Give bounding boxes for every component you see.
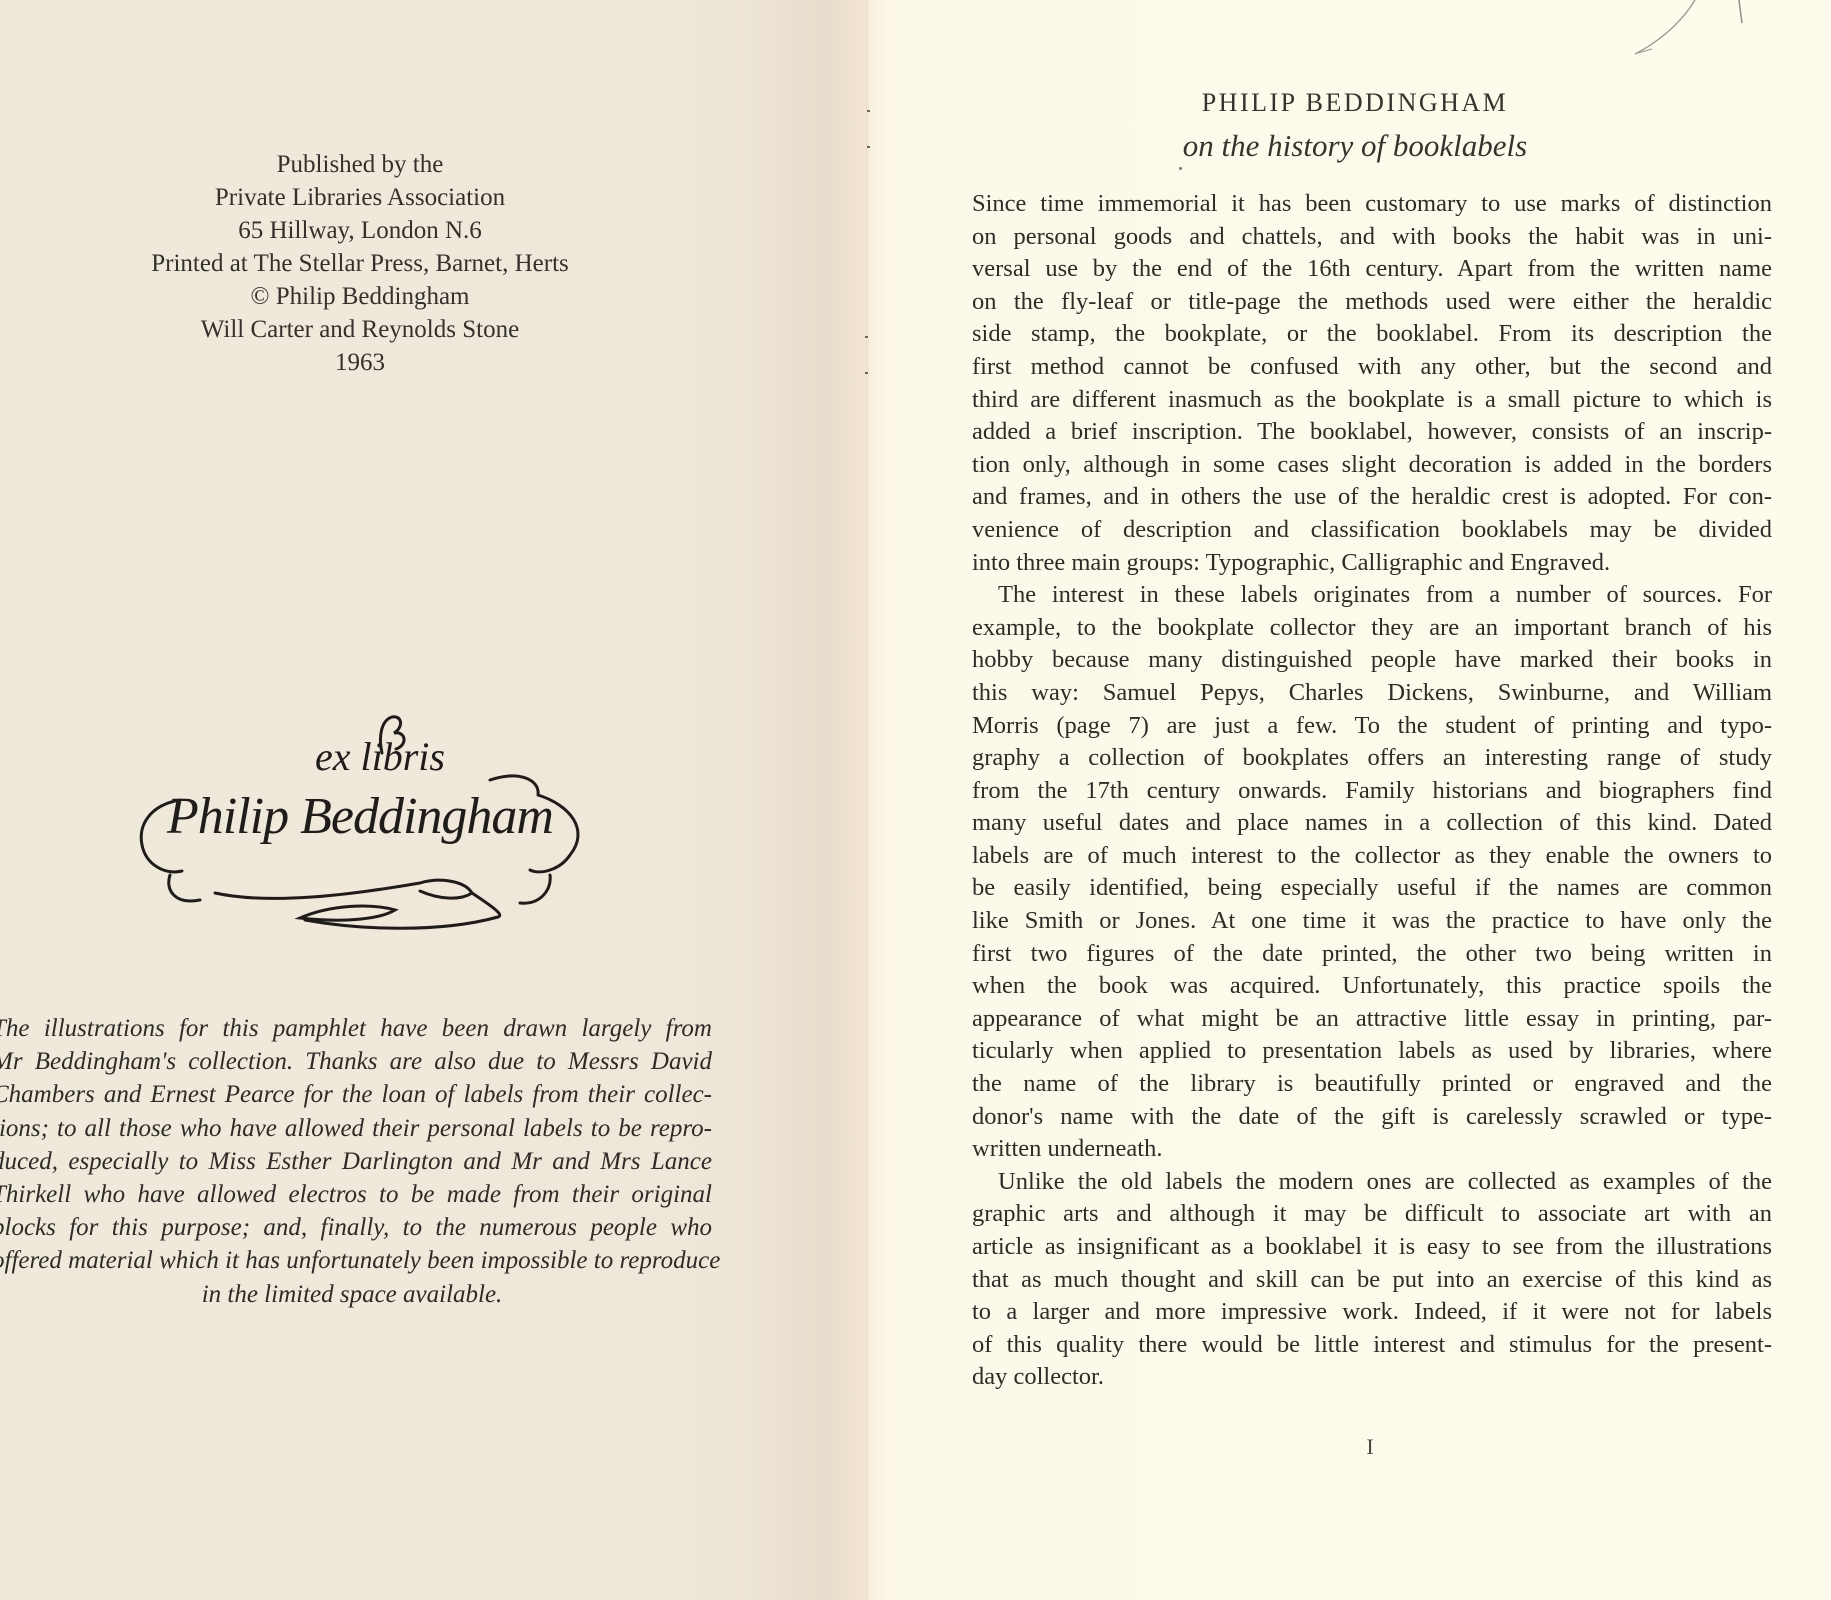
body-line: from the 17th century onwards. Family hi… [972, 775, 1772, 808]
body-line: tion only, although in some cases slight… [972, 449, 1772, 482]
body-line: the name of the library is beautifully p… [972, 1068, 1772, 1101]
body-line: graphy a collection of bookplates offers… [972, 742, 1772, 775]
colophon-year: 1963 [90, 346, 630, 379]
acknowledgement-line: offered material which it has unfortunat… [0, 1244, 712, 1277]
colophon-designers: Will Carter and Reynolds Stone [90, 313, 630, 346]
colophon-publisher-line: Published by the [90, 148, 630, 181]
exlibris-label: ex libris [290, 733, 470, 780]
body-line: graphic arts and although it may be diff… [972, 1198, 1772, 1231]
binding-stitch [865, 336, 868, 338]
body-line: Since time immemorial it has been custom… [972, 188, 1772, 221]
body-line: versal use by the end of the 16th centur… [972, 253, 1772, 286]
acknowledgement-line: tions; to all those who have allowed the… [0, 1112, 712, 1145]
body-line: appearance of what might be an attractiv… [972, 1003, 1772, 1036]
acknowledgement-line: blocks for this purpose; and, finally, t… [0, 1211, 712, 1244]
body-line: labels are of much interest to the colle… [972, 840, 1772, 873]
acknowledgement-line: duced, especially to Miss Esther Darling… [0, 1145, 712, 1178]
body-line: on the fly-leaf or title-page the method… [972, 286, 1772, 319]
body-line: when the book was acquired. Unfortunatel… [972, 970, 1772, 1003]
book-gutter [866, 0, 869, 1600]
acknowledgements: The illustrations for this pamphlet have… [0, 1012, 712, 1311]
body-line: donor's name with the date of the gift i… [972, 1101, 1772, 1134]
acknowledgement-line: Mr Beddingham's collection. Thanks are a… [0, 1045, 712, 1078]
body-line: this way: Samuel Pepys, Charles Dickens,… [972, 677, 1772, 710]
body-line: side stamp, the bookplate, or the bookla… [972, 318, 1772, 351]
colophon: Published by the Private Libraries Assoc… [90, 148, 630, 379]
exlibris-bookplate: ex libris Philip Beddingham [120, 705, 590, 945]
body-line: written underneath. [972, 1133, 1772, 1166]
article-author: PHILIP BEDDINGHAM [1150, 88, 1560, 118]
body-line: like Smith or Jones. At one time it was … [972, 905, 1772, 938]
binding-stitch [865, 372, 868, 374]
body-line: The interest in these labels originates … [972, 579, 1772, 612]
body-line: example, to the bookplate collector they… [972, 612, 1772, 645]
body-line: many useful dates and place names in a c… [972, 807, 1772, 840]
article-body: Since time immemorial it has been custom… [972, 188, 1772, 1394]
body-line: first two figures of the date printed, t… [972, 938, 1772, 971]
body-line: article as insignificant as a booklabel … [972, 1231, 1772, 1264]
body-line: hobby because many distinguished people … [972, 644, 1772, 677]
exlibris-owner-name: Philip Beddingham [160, 787, 560, 846]
page-number: I [1358, 1434, 1382, 1460]
body-line: Morris (page 7) are just a few. To the s… [972, 710, 1772, 743]
colophon-address: 65 Hillway, London N.6 [90, 214, 630, 247]
body-line: day collector. [972, 1361, 1772, 1394]
body-line: to a larger and more impressive work. In… [972, 1296, 1772, 1329]
body-line: added a brief inscription. The booklabel… [972, 416, 1772, 449]
colophon-association: Private Libraries Association [90, 181, 630, 214]
body-line: into three main groups: Typographic, Cal… [972, 547, 1772, 580]
body-line: on personal goods and chattels, and with… [972, 221, 1772, 254]
acknowledgement-line: in the limited space available. [0, 1278, 712, 1311]
acknowledgement-line: Thirkell who have allowed electros to be… [0, 1178, 712, 1211]
ink-speck [1179, 167, 1182, 170]
body-line: third are different inasmuch as the book… [972, 384, 1772, 417]
binding-stitch [867, 146, 870, 148]
body-line: first method cannot be confused with any… [972, 351, 1772, 384]
article-subtitle: on the history of booklabels [1150, 128, 1560, 164]
colophon-printer: Printed at The Stellar Press, Barnet, He… [90, 247, 630, 280]
acknowledgement-line: Chambers and Ernest Pearce for the loan … [0, 1078, 712, 1111]
body-line: be easily identified, being especially u… [972, 872, 1772, 905]
colophon-copyright: © Philip Beddingham [90, 280, 630, 313]
body-line: of this quality there would be little in… [972, 1329, 1772, 1362]
acknowledgement-line: The illustrations for this pamphlet have… [0, 1012, 712, 1045]
body-line: Unlike the old labels the modern ones ar… [972, 1166, 1772, 1199]
body-line: venience of description and classificati… [972, 514, 1772, 547]
body-line: and frames, and in others the use of the… [972, 481, 1772, 514]
binding-stitch [867, 110, 870, 112]
body-line: ticularly when applied to presentation l… [972, 1035, 1772, 1068]
body-line: that as much thought and skill can be pu… [972, 1264, 1772, 1297]
